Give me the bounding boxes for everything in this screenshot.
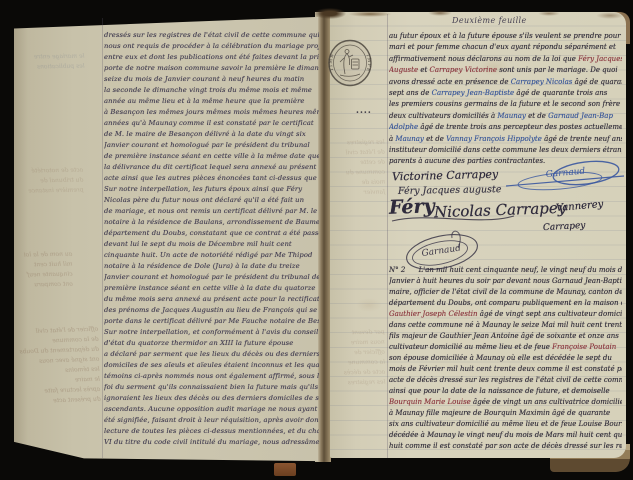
handwritten-line: ascendants. Aucune opposition audit mari…	[104, 404, 319, 415]
handwritten-line: fils majeur de Gauthier Jean Antoine âgé…	[389, 331, 622, 342]
handwritten-segment: et de	[526, 112, 548, 120]
left-margin-rule	[102, 18, 103, 458]
registry-book-scan: le mariage entreles publications acte de…	[0, 0, 633, 480]
handwritten-line: dressés sur les registres de l'état civi…	[104, 30, 319, 41]
handwritten-line: Sur notre interpellation, les futurs épo…	[104, 184, 319, 195]
right-page-act2-text: N° 2 L'an mil huit cent cinquante neuf, …	[389, 265, 622, 455]
garnaud-blue-paraph: Garnaud	[498, 158, 630, 200]
handwritten-segment: âgée de vingt un ans cultivatrice domici…	[471, 398, 622, 406]
handwritten-line: été signifiée, faisant droit à leur réqu…	[104, 415, 319, 426]
handwritten-line: avons dressé acte en présence de Carrape…	[389, 77, 622, 88]
handwritten-line: la seconde le dimanche vingt trois du mê…	[104, 85, 319, 96]
handwritten-segment: avons dressé acte en présence de	[389, 78, 511, 86]
handwritten-line: devant lui le sept du mois de Décembre m…	[104, 239, 319, 250]
handwritten-segment: Garnaud Jean-Bap	[548, 112, 613, 120]
handwritten-line: Janvier courant et homologué par le prés…	[104, 140, 319, 151]
right-page-act1-closing-text: au futur époux et à la future épouse s'i…	[389, 31, 622, 171]
handwritten-line: ont comparu	[24, 280, 73, 291]
handwritten-line: son épouse domiciliée à Maunay où elle e…	[389, 353, 622, 364]
handwritten-line: porte de notre maison commune savoir la …	[104, 63, 319, 74]
handwritten-line: huit comme il est constaté par son acte …	[389, 441, 622, 452]
garnaud-round-paraph-text: Garnaud	[421, 244, 462, 259]
burnt-edge-smudge	[314, 8, 346, 19]
handwritten-line: de M. le maire de Besançon délivré à la …	[104, 129, 319, 140]
handwritten-line: à Besançon les mêmes jours mêmes mois mê…	[104, 107, 319, 118]
handwritten-line: Adolphe âgé de trente trois ans percepte…	[389, 122, 622, 133]
handwritten-segment: cultivateur domicilié au même lieu et de…	[389, 343, 552, 351]
handwritten-line: à Maunay et de Vannay François Hippolyte…	[389, 134, 622, 145]
handwritten-segment: Maunay	[395, 135, 424, 143]
margin-reference-mark: ∙∙∙∙	[356, 109, 372, 116]
handwritten-segment: sept ans de	[389, 89, 432, 97]
handwritten-segment: affirmativement nous déclarons au nom de…	[389, 55, 578, 63]
handwritten-segment: âgé de trente trois ans percepteur des p…	[418, 123, 622, 131]
handwritten-line: les registres	[333, 378, 385, 389]
handwritten-line: six ans cultivateur domicilié au même li…	[389, 419, 622, 430]
handwritten-line: année au même lieu et à la même heure qu…	[104, 96, 319, 107]
handwritten-segment: Auguste	[389, 66, 418, 74]
handwritten-segment: âgé de trente neuf ans	[542, 135, 622, 143]
handwritten-line: années qu'à Maunay comme il est constaté…	[104, 118, 319, 129]
right-margin-rule	[387, 14, 388, 458]
handwritten-segment: Adolphe	[389, 123, 418, 131]
handwritten-line: Bourquin Marie Louise âgée de vingt un a…	[389, 397, 622, 408]
handwritten-line: porte dans le certificat délivré par Me …	[104, 316, 319, 327]
handwritten-line: d'état du quatorze thermidor an XIII la …	[104, 338, 319, 349]
burnt-edge-smudge	[428, 10, 452, 16]
imperial-revenue-stamp-icon: TIMBRE IMPERIAL	[326, 38, 374, 90]
handwritten-line: des prénoms de Jacques Augustin au lieu …	[104, 305, 319, 316]
handwritten-line: cultivateur domicilié au même lieu et de…	[389, 342, 622, 353]
handwritten-line: cinquante huit. Un acte de notoriété réd…	[104, 250, 319, 261]
handwritten-line: sept ans de Carrapey Jean-Baptiste âgé d…	[389, 88, 622, 99]
burnt-edge-smudge	[538, 11, 560, 16]
garnaud-round-paraph: Garnaud	[400, 224, 486, 278]
foxing-spot	[356, 298, 382, 312]
handwritten-segment: Bourquin Marie Louise	[389, 398, 471, 406]
signature-victorine-carrapey: Victorine Carrapey	[392, 168, 498, 184]
handwritten-line: acte de décès dressé sur les registres d…	[389, 375, 622, 386]
handwritten-line: notaire à la résidence de Dole (Jura) à …	[104, 261, 319, 272]
handwritten-line: décédée à Maunay le vingt neuf du mois d…	[389, 430, 622, 441]
garnaud-blue-paraph-text: Garnaud	[545, 167, 586, 180]
handwritten-segment: Carrapey Victorine	[430, 66, 498, 74]
bleed-through-text: acte de notoriétédu tribunal depremière …	[28, 166, 84, 197]
handwritten-line: au futur époux et à la future épouse s'i…	[389, 31, 622, 42]
handwritten-line: foi du serment qu'ils connaissaient bien…	[104, 382, 319, 393]
handwritten-line: du même mois sera annexé au présent acte…	[104, 294, 319, 305]
page-fragment-tab	[274, 463, 296, 476]
burnt-edge-smudge	[348, 11, 392, 17]
handwritten-line: dans cette commune né à Maunay le seize …	[389, 320, 622, 331]
handwritten-line: ignoraient les lieux des décès ou des de…	[104, 393, 319, 404]
handwritten-line: affirmativement nous déclarons au nom de…	[389, 54, 622, 65]
handwritten-line: ainsi que pour la date de la naissance d…	[389, 386, 622, 397]
sheet-header-caption: Deuxième feuille	[452, 16, 527, 25]
handwritten-line: département du Doubs, constatant que ce …	[104, 228, 319, 239]
bleed-through-text: au nom de la loimil huit centcinquante n…	[24, 250, 73, 291]
handwritten-line: de mariage, et nous ont remis un certifi…	[104, 206, 319, 217]
left-page-act-text: dressés sur les registres de l'état civi…	[104, 30, 319, 450]
handwritten-line: maire, officier de l'état civil de la co…	[389, 287, 622, 298]
handwritten-line: lecture de toutes les pièces ci-dessus m…	[104, 426, 319, 437]
handwritten-line: mari et pour femme chacun d'eux ayant ré…	[389, 42, 622, 53]
handwritten-segment: Gauthier Joseph Célestin	[389, 310, 478, 318]
handwritten-line: acte ainsi que les autres pièces énoncée…	[104, 173, 319, 184]
handwritten-line: première instance séant en cette ville à…	[104, 283, 319, 294]
handwritten-line: deux cultivateurs domiciliés à Maunay et…	[389, 111, 622, 122]
handwritten-segment: âgé de vingt sept ans cultivateur domici…	[478, 310, 622, 318]
handwritten-line: département du Doubs, ont comparu publiq…	[389, 298, 622, 309]
handwritten-line: VI du titre du code civil intitulé du ma…	[104, 437, 319, 448]
handwritten-segment: et	[418, 66, 429, 74]
handwritten-line: entre eux et dont les publications ont é…	[104, 52, 319, 63]
handwritten-segment: Maunay	[497, 112, 526, 120]
handwritten-segment: Féry Jacques	[578, 55, 622, 63]
handwritten-line: les publications	[34, 62, 85, 73]
bleed-through-text: le mariage entreles publications	[34, 52, 85, 73]
handwritten-line: seize du mois de Janvier courant à neuf …	[104, 74, 319, 85]
handwritten-line: Janvier courant et homologué par le prés…	[104, 272, 319, 283]
handwritten-line: domiciles de ses aïeuls et aïeules étaie…	[104, 360, 319, 371]
handwritten-line: les premiers cousins germains de la futu…	[389, 99, 622, 110]
bleed-through-text: officier de l'état civilde la communedu …	[19, 325, 101, 408]
handwritten-segment: Carrapey Jean-Baptiste	[432, 89, 515, 97]
handwritten-segment: âgé de quarante trois ans	[514, 89, 607, 97]
handwritten-line: la délivrance du dit certificat lequel s…	[104, 162, 319, 173]
handwritten-line: témoins ci-après nommés nous ont égaleme…	[104, 371, 319, 382]
handwritten-segment: Vannay François Hippolyte	[446, 135, 542, 143]
handwritten-line: notaire à la résidence de Baulans, arron…	[104, 217, 319, 228]
handwritten-line: Auguste et Carrapey Victorine sont unis …	[389, 65, 622, 76]
handwritten-segment: sont unis par le mariage. De quoi	[497, 66, 618, 74]
handwritten-line: de première instance séant en cette vill…	[104, 151, 319, 162]
handwritten-line: Janvier	[333, 188, 385, 199]
handwritten-segment: deux cultivateurs domiciliés à	[389, 112, 497, 120]
handwritten-line: a déclaré par serment que les lieux du d…	[104, 349, 319, 360]
burnt-edge-smudge	[596, 12, 624, 19]
handwritten-line: Sur notre interpellation, et conformémen…	[104, 327, 319, 338]
handwritten-segment: Françoise Poutain	[552, 343, 616, 351]
handwritten-line: Nicolas père du futur nous ont déclaré q…	[104, 195, 319, 206]
handwritten-line: Gauthier Joseph Célestin âgé de vingt se…	[389, 309, 622, 320]
handwritten-line: nous ont requis de procéder à la célébra…	[104, 41, 319, 52]
handwritten-segment: et de	[424, 135, 446, 143]
handwritten-line: instituteur domicilié dans cette commune…	[389, 145, 622, 156]
bleed-through-text: par devantnous maireofficier dela commun…	[332, 328, 385, 389]
handwritten-line: à Maunay fille majeure de Bourquin Maxim…	[389, 408, 622, 419]
handwritten-segment: âgé de quarante	[572, 78, 622, 86]
bleed-through-text: les registresde l'état civilde cettecomm…	[332, 138, 385, 199]
handwritten-line: première instance	[28, 186, 84, 197]
handwritten-segment: Carrapey Nicolas	[511, 78, 573, 86]
handwritten-line: mois de Février mil huit cent trente deu…	[389, 364, 622, 375]
